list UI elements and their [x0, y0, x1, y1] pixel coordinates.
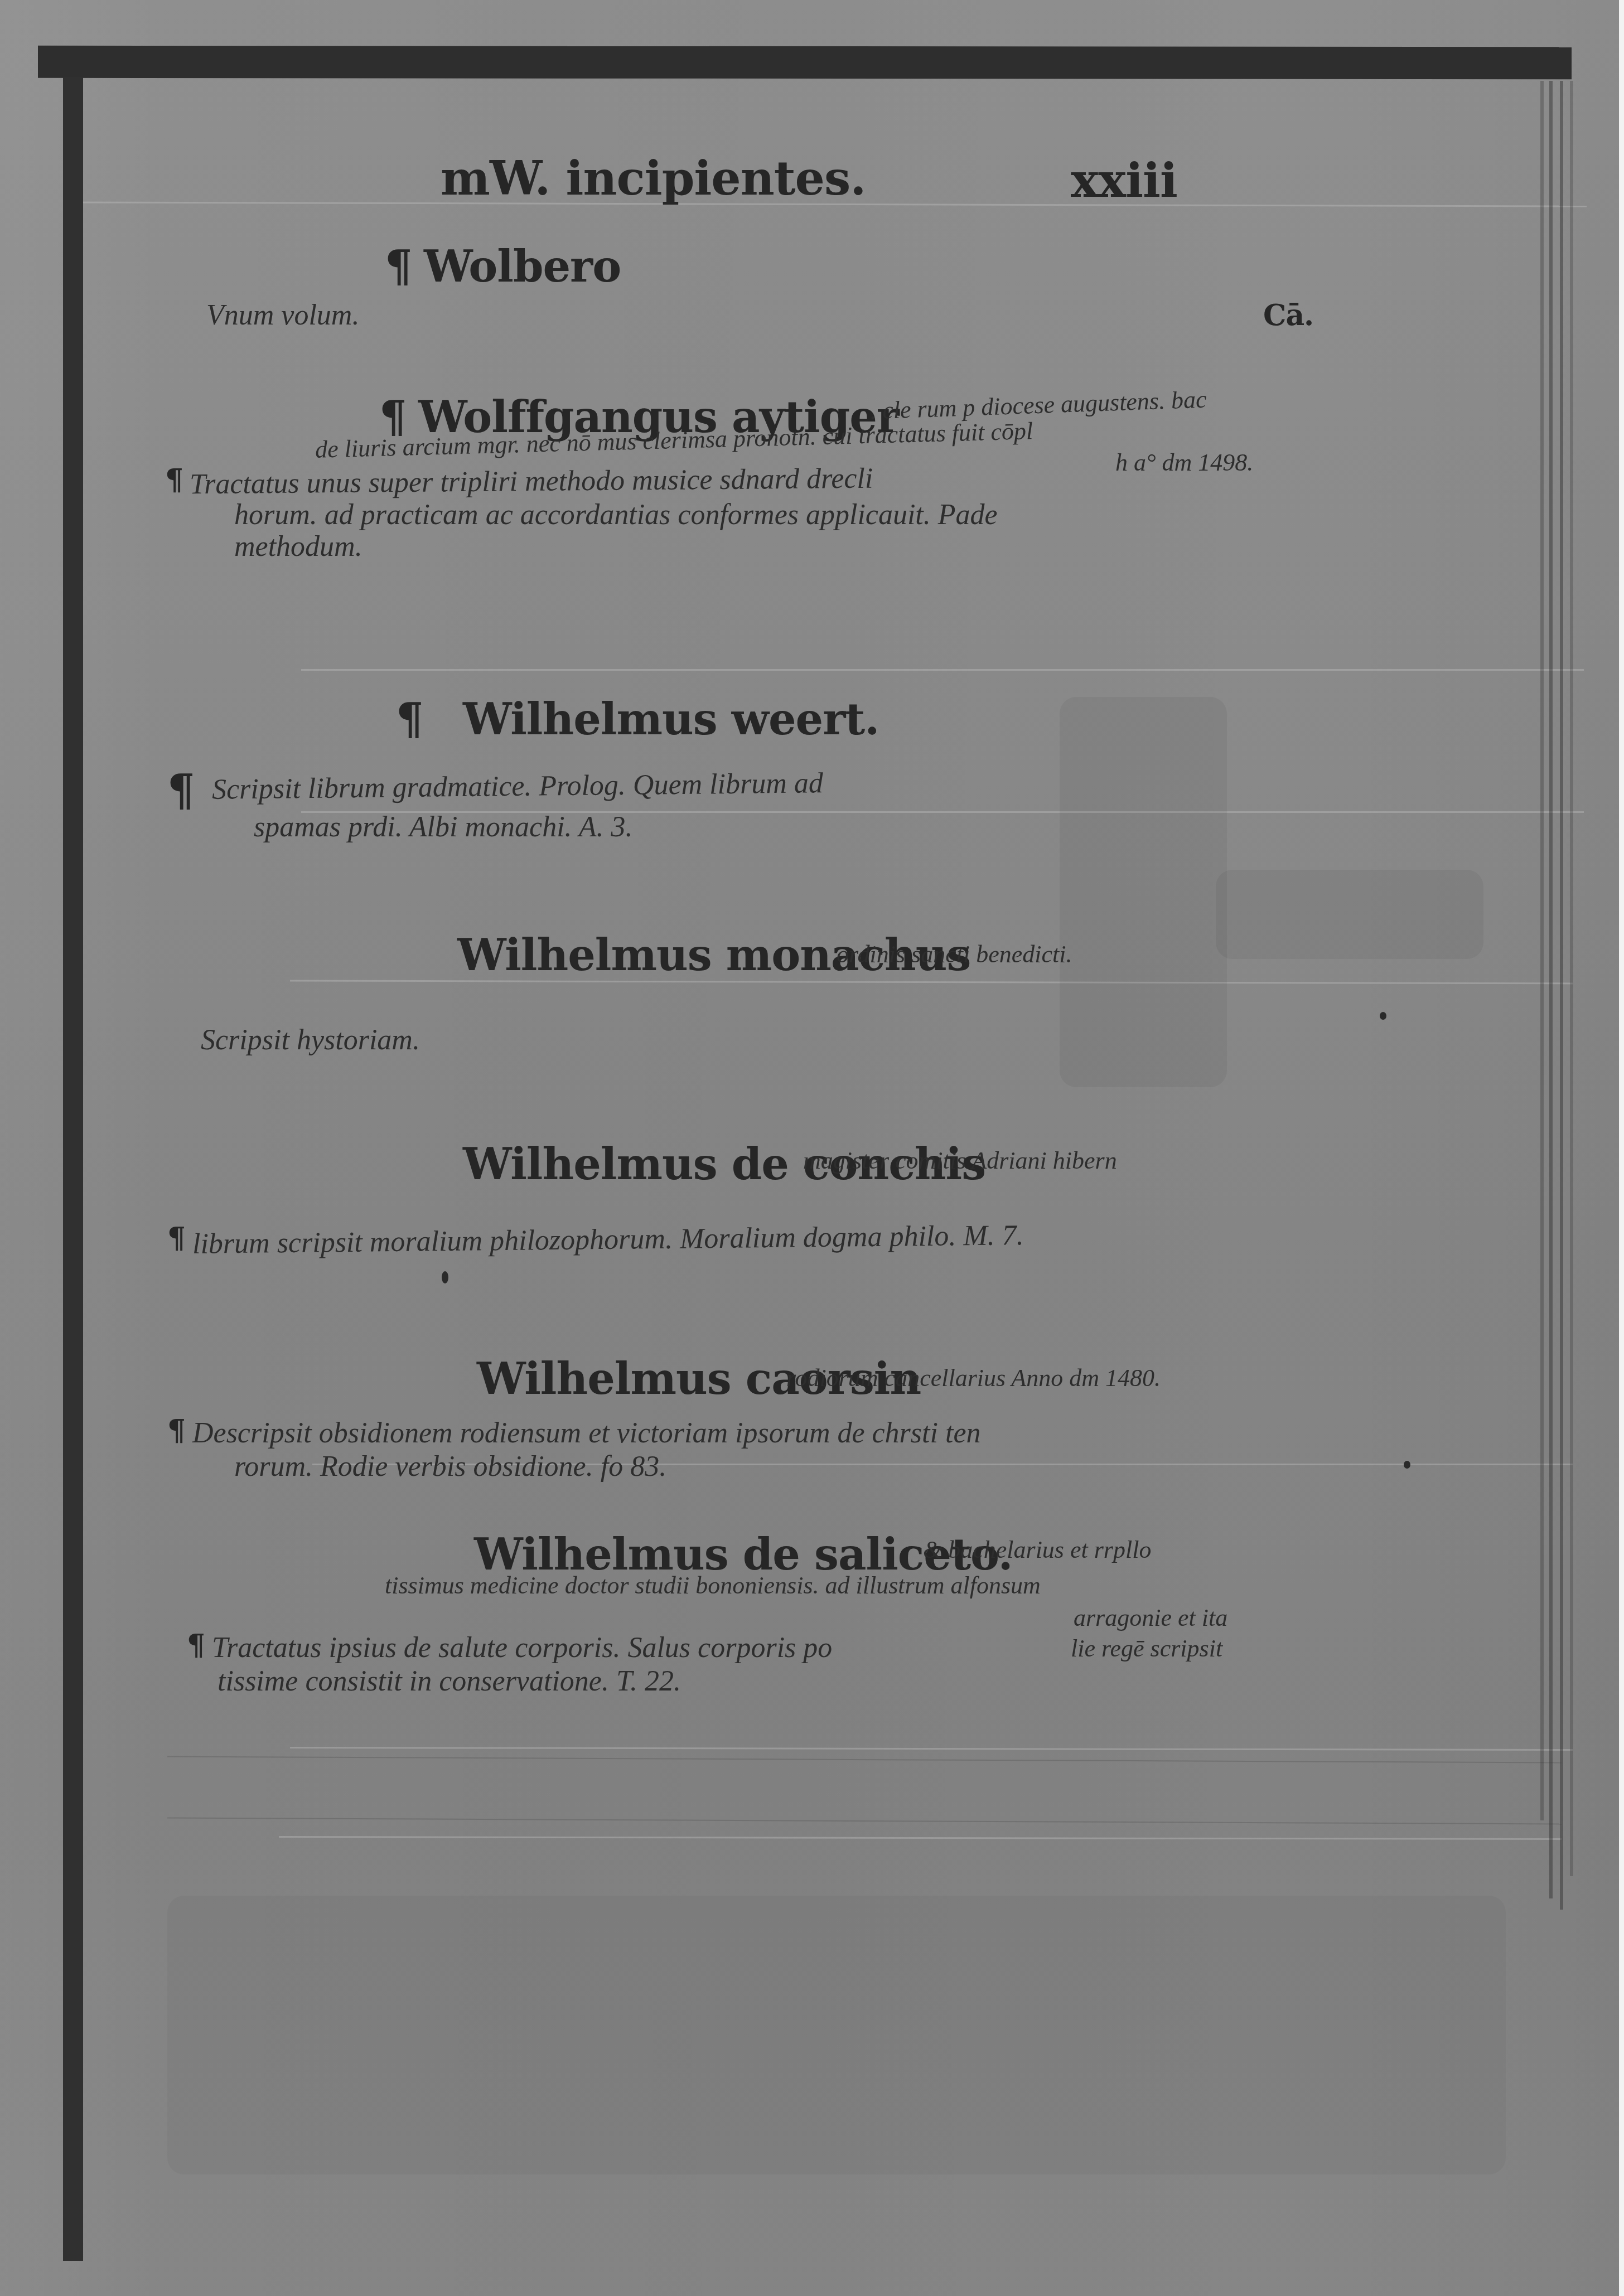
water-stain — [1060, 697, 1227, 1087]
entry-body-line: tissime consistit in conservatione. T. 2… — [217, 1667, 681, 1696]
entry-body-line: spamas prdi. Albi monachi. A. 3. — [254, 813, 632, 842]
ink-drip — [1540, 81, 1544, 1820]
entry-body-line: Tractatus unus super tripliri methodo mu… — [190, 464, 873, 500]
frame-left-bar — [63, 77, 83, 2261]
pilcrow-mark: ¶ — [379, 396, 407, 439]
ruling-line — [167, 1756, 1562, 1764]
page-header-title: mW. incipientes. — [441, 155, 866, 202]
ruling-line — [167, 1818, 1562, 1825]
pilcrow-mark: ¶ — [167, 1416, 186, 1445]
frame-top-bar — [38, 46, 1572, 79]
entry-note-line: h a° dm 1498. — [1115, 451, 1253, 475]
pilcrow-mark: ¶ — [385, 245, 413, 289]
entry-note: ordinis sancti benedicti. — [837, 942, 1072, 967]
entry-note-line: & bachelarius et rrpllo — [923, 1538, 1151, 1562]
pilcrow-mark: ¶ — [167, 1224, 186, 1253]
entry-body-line: Tractatus ipsius de salute corporis. Sal… — [212, 1634, 832, 1663]
entry-body-line: horum. ad practicam ac accordantias conf… — [234, 501, 998, 530]
ink-spot — [1404, 1461, 1410, 1469]
scan-edge — [1619, 0, 1624, 2296]
entry-body-line: librum scripsit moralium philozophorum. … — [192, 1221, 1024, 1259]
entry-author-name: Wilhelmus weert. — [463, 698, 879, 742]
entry-body-line: Scripsit hystoriam. — [201, 1026, 420, 1055]
ink-drip — [1549, 81, 1553, 1898]
entry-author-name: Wolbero — [424, 245, 621, 289]
water-stain — [167, 1896, 1506, 2174]
shelfmark: Cā. — [1263, 301, 1313, 330]
ink-drip — [1570, 81, 1573, 1876]
pilcrow-mark: ¶ — [396, 698, 424, 742]
pilcrow-mark: ¶ — [187, 1631, 205, 1660]
entry-body-line: rorum. Rodie verbis obsidione. fo 83. — [234, 1452, 666, 1481]
pilcrow-mark: ¶ — [165, 466, 183, 495]
entry-note-line: arragonie et ita — [1074, 1606, 1227, 1630]
fold-line — [279, 1836, 1562, 1840]
manuscript-page: mW. incipientes. xxiii ¶ Wolbero Vnum vo… — [0, 0, 1619, 2296]
fold-line — [290, 1747, 1573, 1751]
entry-note: rodiorum cancellarius Anno dm 1480. — [786, 1366, 1161, 1391]
entry-body-line: Scripsit librum gradmatice. Prolog. Quem… — [212, 769, 823, 804]
entry-note: magister comitis Adriani hibern — [803, 1149, 1117, 1173]
entry-note-line: tissimus medicine doctor studii bononien… — [385, 1573, 1041, 1598]
fold-line — [301, 669, 1584, 671]
folio-number: xxiii — [1071, 157, 1177, 204]
ink-spot — [442, 1271, 448, 1283]
entry-body-line: Vnum volum. — [206, 301, 359, 330]
ink-spot — [1380, 1012, 1386, 1020]
pilcrow-mark: ¶ — [167, 769, 195, 813]
ink-drip — [1560, 81, 1563, 1910]
entry-note-line: . cle rum p diocese augustens. bac — [869, 387, 1207, 423]
water-stain — [1216, 870, 1483, 959]
entry-body-line: Descripsit obsidionem rodiensum et victo… — [192, 1419, 981, 1448]
entry-body-line: methodum. — [234, 532, 362, 561]
entry-note-line: lie regē scripsit — [1071, 1636, 1222, 1661]
